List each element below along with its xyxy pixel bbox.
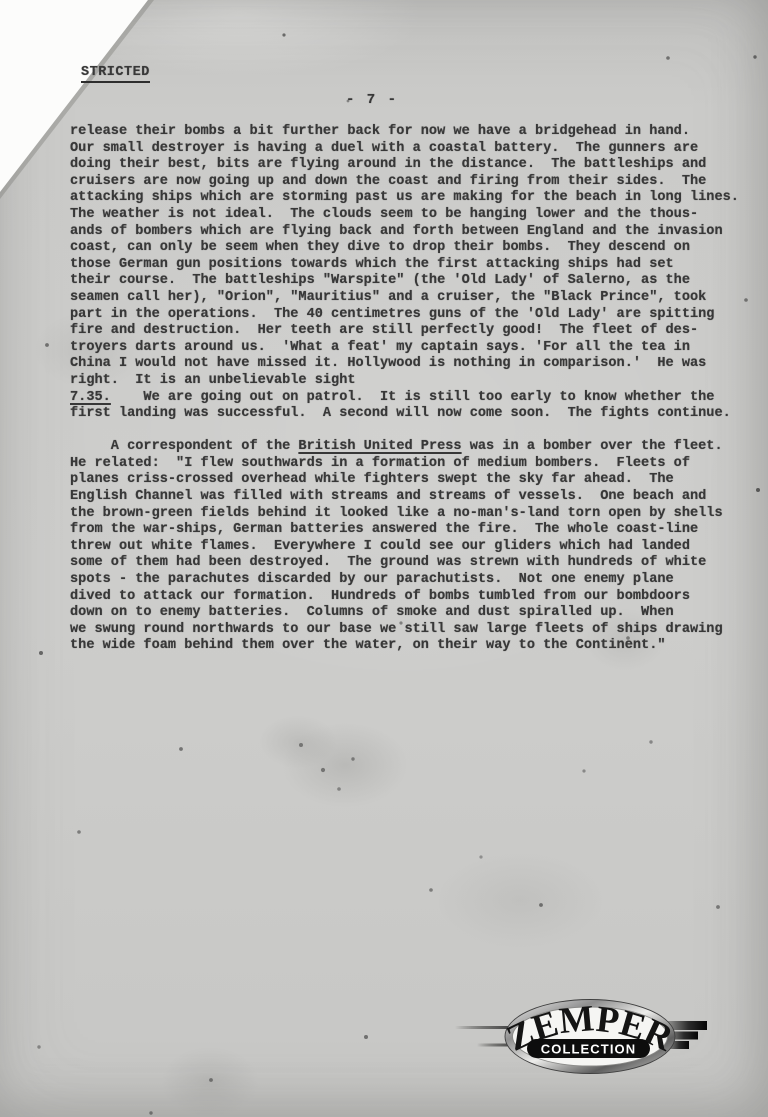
text-line: 7.35. We are going out on patrol. It is … — [70, 390, 760, 407]
text-line: China I would not have missed it. Hollyw… — [70, 356, 760, 373]
text-line: ands of bombers which are flying back an… — [70, 224, 760, 241]
page-number: - 7 - — [346, 92, 398, 108]
text-segment: troyers darts around us. 'What a feat' m… — [70, 340, 690, 355]
text-segment: from the war-ships, German batteries ans… — [70, 522, 698, 537]
text-line: part in the operations. The 40 centimetr… — [70, 307, 760, 324]
text-line: English Channel was filled with streams … — [70, 489, 760, 506]
text-segment: some of them had been destroyed. The gro… — [70, 555, 706, 570]
text-segment: release their bombs a bit further back f… — [70, 124, 690, 139]
text-line: The weather is not ideal. The clouds see… — [70, 207, 760, 224]
text-line: from the war-ships, German batteries ans… — [70, 522, 760, 539]
text-segment: dived to attack our formation. Hundreds … — [70, 589, 690, 604]
text-segment: threw out white flames. Everywhere I cou… — [70, 539, 690, 554]
logo-subtitle-text: COLLECTION — [541, 1041, 637, 1056]
text-line: planes criss-crossed overhead while figh… — [70, 472, 760, 489]
text-segment: part in the operations. The 40 centimetr… — [70, 307, 714, 322]
text-line: seamen call her), "Orion", "Mauritius" a… — [70, 290, 760, 307]
text-segment: we swung round northwards to our base we… — [70, 622, 723, 637]
scanned-page: STRICTED - 7 - release their bombs a bit… — [0, 0, 768, 1117]
text-line: threw out white flames. Everywhere I cou… — [70, 539, 760, 556]
text-segment: Our small destroyer is having a duel wit… — [70, 141, 698, 156]
text-line: their course. The battleships "Warspite"… — [70, 273, 760, 290]
document-body: release their bombs a bit further back f… — [70, 124, 760, 655]
text-segment: coast, can only be seem when they dive t… — [70, 240, 690, 255]
text-segment: cruisers are now going up and down the c… — [70, 174, 706, 189]
text-segment: We are going out on patrol. It is still … — [111, 390, 715, 405]
text-segment: right. It is an unbelievable sight — [70, 373, 356, 388]
text-line: the wide foam behind them over the water… — [70, 638, 760, 655]
text-segment: those German gun positions towards which… — [70, 257, 674, 272]
underlined-text-segment: British United Press — [298, 439, 461, 454]
logo-subtitle-pill: COLLECTION — [527, 1039, 650, 1058]
text-segment: the brown-green fields behind it looked … — [70, 506, 723, 521]
text-segment: The weather is not ideal. The clouds see… — [70, 207, 698, 222]
underlined-text-segment: 7.35. — [70, 390, 111, 405]
text-segment: planes criss-crossed overhead while figh… — [70, 472, 674, 487]
text-segment: China I would not have missed it. Hollyw… — [70, 356, 706, 371]
text-segment: spots - the parachutes discarded by our … — [70, 572, 674, 587]
text-line: right. It is an unbelievable sight — [70, 373, 760, 390]
text-segment: was in a bomber over the fleet. — [462, 439, 723, 454]
text-segment: fire and destruction. Her teeth are stil… — [70, 323, 698, 338]
text-segment: doing their best, bits are flying around… — [70, 157, 706, 172]
text-line: doing their best, bits are flying around… — [70, 157, 760, 174]
text-segment: seamen call her), "Orion", "Mauritius" a… — [70, 290, 706, 305]
text-line: cruisers are now going up and down the c… — [70, 174, 760, 191]
text-segment: attacking ships which are storming past … — [70, 190, 739, 205]
text-line: spots - the parachutes discarded by our … — [70, 572, 760, 589]
text-line: fire and destruction. Her teeth are stil… — [70, 323, 760, 340]
text-line: coast, can only be seem when they dive t… — [70, 240, 760, 257]
text-segment: the wide foam behind them over the water… — [70, 638, 666, 653]
paragraph: release their bombs a bit further back f… — [70, 124, 760, 423]
text-line: attacking ships which are storming past … — [70, 190, 760, 207]
zemper-collection-logo: ZEMPER COLLECTION — [440, 988, 740, 1088]
text-line: those German gun positions towards which… — [70, 257, 760, 274]
text-line: the brown-green fields behind it looked … — [70, 506, 760, 523]
text-line: first landing was successful. A second w… — [70, 406, 760, 423]
logo-graphic: ZEMPER COLLECTION — [440, 988, 740, 1088]
text-line: dived to attack our formation. Hundreds … — [70, 589, 760, 606]
text-segment: ands of bombers which are flying back an… — [70, 224, 723, 239]
text-line: release their bombs a bit further back f… — [70, 124, 760, 141]
text-line: we swung round northwards to our base we… — [70, 622, 760, 639]
text-line: He related: "I flew southwards in a form… — [70, 456, 760, 473]
text-segment: English Channel was filled with streams … — [70, 489, 706, 504]
text-segment: their course. The battleships "Warspite"… — [70, 273, 690, 288]
paragraph: A correspondent of the British United Pr… — [70, 439, 760, 655]
text-segment: A correspondent of the — [70, 439, 298, 454]
text-line: some of them had been destroyed. The gro… — [70, 555, 760, 572]
text-line: down on to enemy batteries. Columns of s… — [70, 605, 760, 622]
text-segment: down on to enemy batteries. Columns of s… — [70, 605, 674, 620]
text-line: Our small destroyer is having a duel wit… — [70, 141, 760, 158]
text-segment: He related: "I flew southwards in a form… — [70, 456, 690, 471]
text-line: A correspondent of the British United Pr… — [70, 439, 760, 456]
text-segment: first landing was successful. A second w… — [70, 406, 731, 421]
restricted-stamp: STRICTED — [81, 65, 150, 83]
text-line: troyers darts around us. 'What a feat' m… — [70, 340, 760, 357]
